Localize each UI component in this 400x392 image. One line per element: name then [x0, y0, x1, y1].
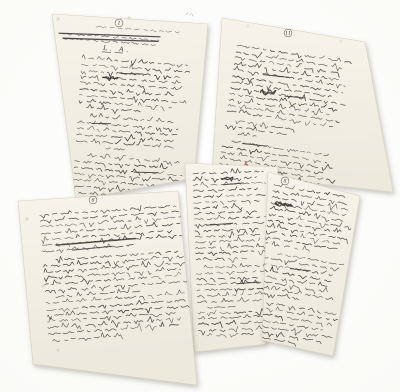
circled-page-number: 1	[117, 21, 120, 27]
punch-hole	[26, 218, 29, 221]
page-top-left: L. A.1	[52, 12, 208, 200]
punch-hole	[340, 40, 343, 43]
page-bottom-left: 6	[18, 191, 197, 385]
manuscript-photograph: 11L. A.186	[0, 0, 400, 392]
circled-page-number: 11	[285, 31, 291, 37]
circled-page-number: 6	[91, 198, 94, 204]
punch-hole	[57, 349, 60, 352]
punch-hole	[42, 285, 45, 288]
manuscript-photo-svg: 11L. A.186	[0, 0, 400, 392]
circled-page-number: 8	[283, 179, 286, 185]
punch-hole	[128, 17, 131, 20]
punch-hole	[247, 25, 250, 28]
page-top-left-paper	[52, 14, 208, 200]
punch-hole	[57, 18, 60, 21]
